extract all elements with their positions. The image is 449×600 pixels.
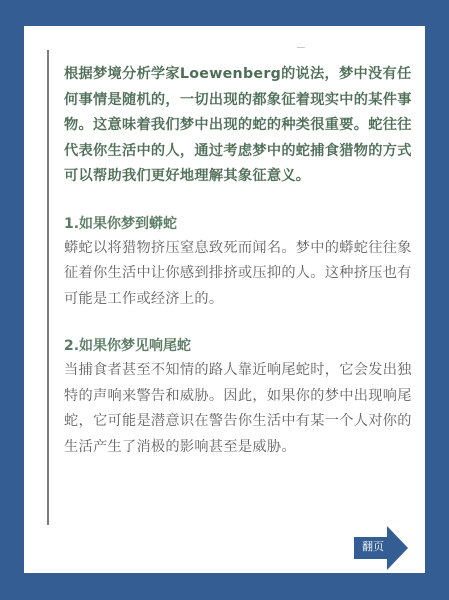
section-body-python: 蟒蛇以将猎物挤压窒息致死而闻名。梦中的蟒蛇往往象征着你生活中让你感到排挤或压抑的… (64, 236, 420, 313)
next-page-label: 翻页 (362, 540, 384, 554)
left-rule-divider (47, 50, 49, 525)
section-heading-rattlesnake: 2.如果你梦见响尾蛇 (64, 334, 420, 358)
intro-paragraph: 根据梦境分析学家Loewenberg的说法，梦中没有任何事情是随机的，一切出现的… (64, 62, 420, 190)
section-heading-python: 1.如果你梦到蟒蛇 (64, 212, 420, 236)
article-card: 根据梦境分析学家Loewenberg的说法，梦中没有任何事情是随机的，一切出现的… (24, 26, 425, 573)
decorative-dash (297, 47, 305, 48)
section-body-rattlesnake: 当捕食者甚至不知情的路人靠近响尾蛇时，它会发出独特的声响来警告和威胁。因此，如果… (64, 358, 420, 460)
article-content: 根据梦境分析学家Loewenberg的说法，梦中没有任何事情是随机的，一切出现的… (64, 62, 420, 460)
next-page-button[interactable]: 翻页 (354, 526, 410, 570)
